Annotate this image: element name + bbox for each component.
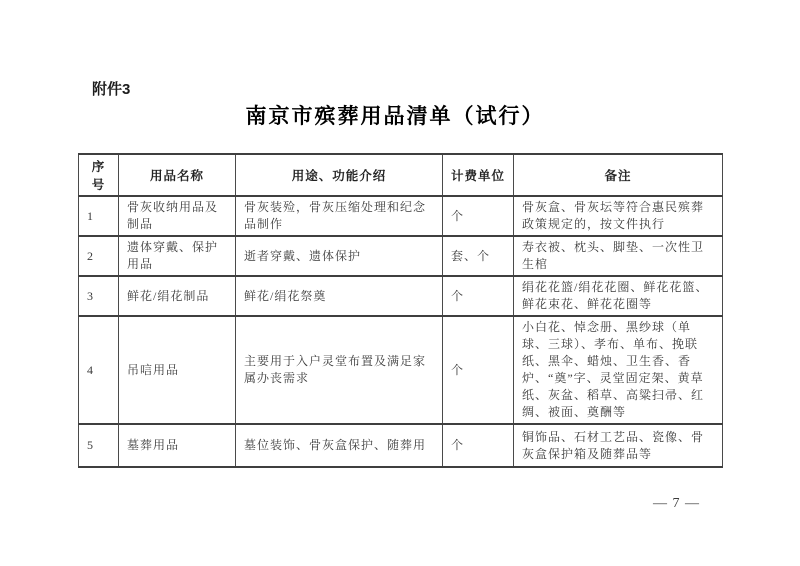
cell-remark: 小白花、悼念册、黑纱球（单球、三球）、孝布、单布、挽联纸、黑伞、蜡烛、卫生香、香… bbox=[514, 316, 723, 424]
cell-usage: 逝者穿戴、遗体保护 bbox=[236, 236, 443, 276]
table-row: 1 骨灰收纳用品及制品 骨灰装殓，骨灰压缩处理和纪念品制作 个 骨灰盒、骨灰坛等… bbox=[79, 196, 723, 236]
cell-usage: 鲜花/绢花祭奠 bbox=[236, 276, 443, 316]
table-row: 4 吊唁用品 主要用于入户灵堂布置及满足家属办丧需求 个 小白花、悼念册、黑纱球… bbox=[79, 316, 723, 424]
cell-remark: 铜饰品、石材工艺品、瓷像、骨灰盒保护箱及随葬品等 bbox=[514, 424, 723, 467]
cell-unit: 个 bbox=[443, 196, 514, 236]
column-header-usage: 用途、功能介绍 bbox=[236, 154, 443, 196]
cell-unit: 个 bbox=[443, 316, 514, 424]
column-header-index: 序号 bbox=[79, 154, 119, 196]
cell-remark: 骨灰盒、骨灰坛等符合惠民殡葬政策规定的，按文件执行 bbox=[514, 196, 723, 236]
cell-name: 骨灰收纳用品及制品 bbox=[119, 196, 236, 236]
cell-name: 吊唁用品 bbox=[119, 316, 236, 424]
column-header-remark: 备注 bbox=[514, 154, 723, 196]
table-row: 5 墓葬用品 墓位装饰、骨灰盒保护、随葬用 个 铜饰品、石材工艺品、瓷像、骨灰盒… bbox=[79, 424, 723, 467]
table-row: 3 鲜花/绢花制品 鲜花/绢花祭奠 个 绢花花篮/绢花花圈、鲜花花篮、鲜花束花、… bbox=[79, 276, 723, 316]
cell-unit: 个 bbox=[443, 276, 514, 316]
cell-name: 遗体穿戴、保护用品 bbox=[119, 236, 236, 276]
cell-index: 4 bbox=[79, 316, 119, 424]
cell-index: 3 bbox=[79, 276, 119, 316]
supplies-table: 序号 用品名称 用途、功能介绍 计费单位 备注 1 骨灰收纳用品及制品 骨灰装殓… bbox=[78, 153, 723, 468]
cell-name: 墓葬用品 bbox=[119, 424, 236, 467]
cell-usage: 骨灰装殓，骨灰压缩处理和纪念品制作 bbox=[236, 196, 443, 236]
cell-index: 1 bbox=[79, 196, 119, 236]
column-header-name: 用品名称 bbox=[119, 154, 236, 196]
cell-index: 5 bbox=[79, 424, 119, 467]
page-title: 南京市殡葬用品清单（试行） bbox=[0, 100, 790, 130]
cell-name: 鲜花/绢花制品 bbox=[119, 276, 236, 316]
cell-usage: 墓位装饰、骨灰盒保护、随葬用 bbox=[236, 424, 443, 467]
document-page: 附件3 南京市殡葬用品清单（试行） 序号 用品名称 用途、功能介绍 计费单位 备… bbox=[0, 0, 800, 566]
page-number: — 7 — bbox=[653, 496, 700, 512]
cell-unit: 套、个 bbox=[443, 236, 514, 276]
cell-unit: 个 bbox=[443, 424, 514, 467]
cell-remark: 绢花花篮/绢花花圈、鲜花花篮、鲜花束花、鲜花花圈等 bbox=[514, 276, 723, 316]
table-header-row: 序号 用品名称 用途、功能介绍 计费单位 备注 bbox=[79, 154, 723, 196]
cell-index: 2 bbox=[79, 236, 119, 276]
cell-remark: 寿衣被、枕头、脚垫、一次性卫生棺 bbox=[514, 236, 723, 276]
column-header-unit: 计费单位 bbox=[443, 154, 514, 196]
attachment-label: 附件3 bbox=[92, 78, 130, 99]
table-row: 2 遗体穿戴、保护用品 逝者穿戴、遗体保护 套、个 寿衣被、枕头、脚垫、一次性卫… bbox=[79, 236, 723, 276]
cell-usage: 主要用于入户灵堂布置及满足家属办丧需求 bbox=[236, 316, 443, 424]
